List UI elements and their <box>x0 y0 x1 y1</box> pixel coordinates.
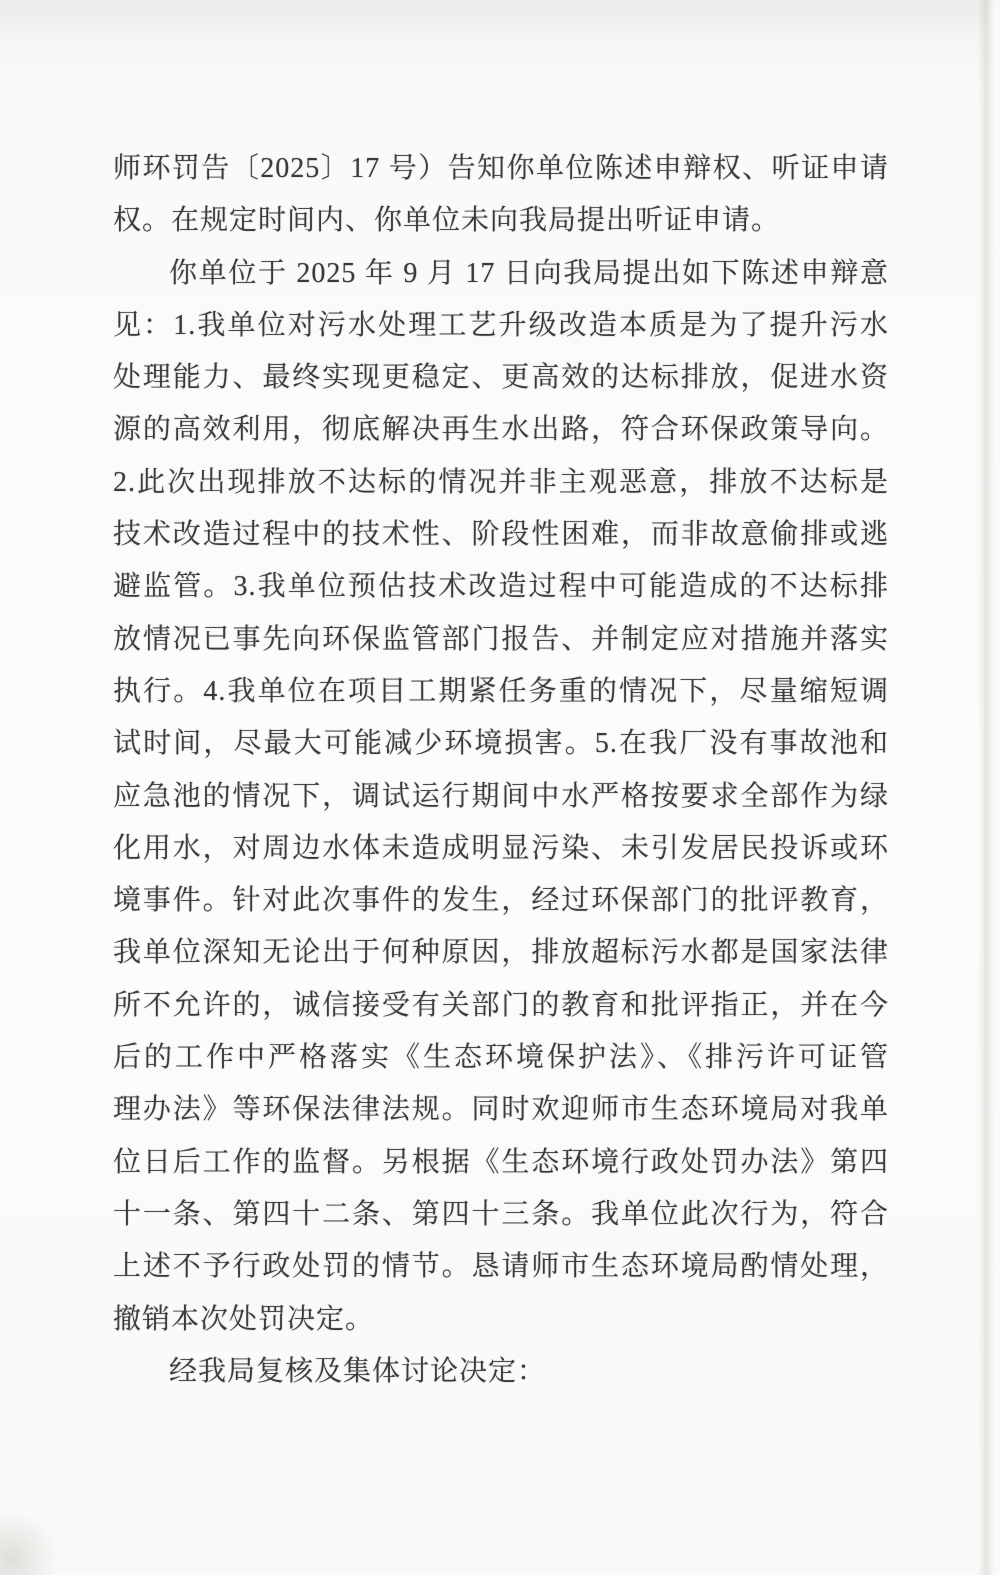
text-line: 源的高效利用，彻底解决再生水出路，符合环保政策导向。 <box>113 404 889 456</box>
text-line: 撤销本次处罚决定。 <box>113 1294 889 1346</box>
text-line: 师环罚告〔2025〕17 号）告知你单位陈述申辩权、听证申请 <box>113 143 889 195</box>
document-page: 师环罚告〔2025〕17 号）告知你单位陈述申辩权、听证申请 权。在规定时间内、… <box>0 0 1000 1575</box>
text-line: 十一条、第四十二条、第四十三条。我单位此次行为，符合 <box>113 1189 889 1241</box>
text-line: 境事件。针对此次事件的发生，经过环保部门的批评教育， <box>113 875 889 927</box>
text-line: 我单位深知无论出于何种原因，排放超标污水都是国家法律 <box>113 927 889 979</box>
text-line: 理办法》等环保法律法规。同时欢迎师市生态环境局对我单 <box>113 1084 889 1136</box>
text-line: 处理能力、最终实现更稳定、更高效的达标排放，促进水资 <box>113 352 889 404</box>
text-line: 经我局复核及集体讨论决定： <box>113 1346 889 1398</box>
text-line: 权。在规定时间内、你单位未向我局提出听证申请。 <box>113 195 889 247</box>
text-line: 试时间，尽最大可能减少环境损害。5.在我厂没有事故池和 <box>113 718 889 770</box>
text-line: 上述不予行政处罚的情节。恳请师市生态环境局酌情处理， <box>113 1241 889 1293</box>
text-line: 2.此次出现排放不达标的情况并非主观恶意，排放不达标是 <box>113 457 889 509</box>
text-line: 执行。4.我单位在项目工期紧任务重的情况下，尽量缩短调 <box>113 666 889 718</box>
text-line: 应急池的情况下，调试运行期间中水严格按要求全部作为绿 <box>113 771 889 823</box>
text-line: 化用水，对周边水体未造成明显污染、未引发居民投诉或环 <box>113 823 889 875</box>
text-line: 见：1.我单位对污水处理工艺升级改造本质是为了提升污水 <box>113 300 889 352</box>
text-line: 技术改造过程中的技术性、阶段性困难，而非故意偷排或逃 <box>113 509 889 561</box>
text-line: 避监管。3.我单位预估技术改造过程中可能造成的不达标排 <box>113 561 889 613</box>
text-line: 后的工作中严格落实《生态环境保护法》、《排污许可证管 <box>113 1032 889 1084</box>
text-line: 所不允许的，诚信接受有关部门的教育和批评指正，并在今 <box>113 980 889 1032</box>
document-text-block: 师环罚告〔2025〕17 号）告知你单位陈述申辩权、听证申请 权。在规定时间内、… <box>113 143 889 1398</box>
text-line: 位日后工作的监督。另根据《生态环境行政处罚办法》第四 <box>113 1137 889 1189</box>
text-line: 放情况已事先向环保监管部门报告、并制定应对措施并落实 <box>113 614 889 666</box>
text-line: 你单位于 2025 年 9 月 17 日向我局提出如下陈述申辩意 <box>113 248 889 300</box>
